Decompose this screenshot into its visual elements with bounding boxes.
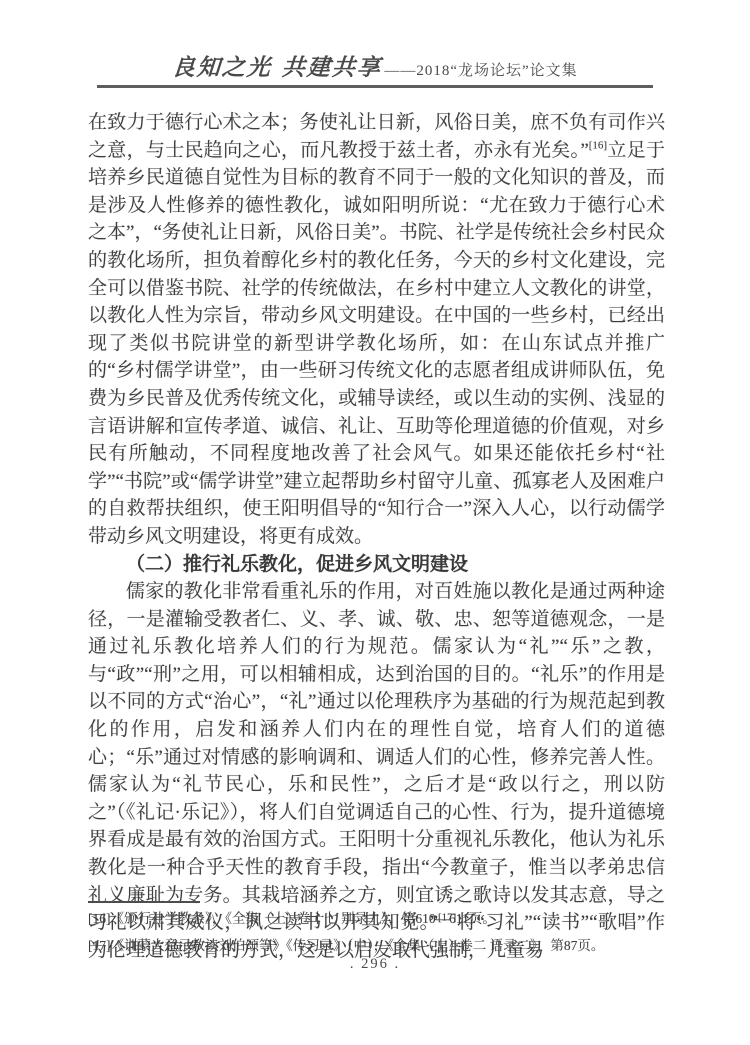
page-header: 良知之光 共建共享 ——2018“龙场论坛”论文集 bbox=[97, 54, 653, 88]
document-page: 良知之光 共建共享 ——2018“龙场论坛”论文集 在致力于德行心术之本；务使礼… bbox=[0, 0, 750, 1045]
paragraph-2-text-a: 儒家的教化非常看重礼乐的作用，对百姓施以教化是通过两种途径，一是灌输受教者仁、义… bbox=[88, 581, 665, 933]
footnotes: [16]《颁行社学教条》，《全集（上）·卷十七 别录九》，第610—611页。 … bbox=[88, 906, 678, 959]
paragraph-1-text-a: 在致力于德行心术之本；务使礼让日新，风俗日美，庶不负有司作兴之意，与士民趋向之心… bbox=[88, 112, 665, 161]
page-number: . 296 . bbox=[0, 956, 750, 973]
book-title-calligraphy: 良知之光 共建共享 bbox=[171, 49, 383, 82]
body-text: 在致力于德行心术之本；务使礼让日新，风俗日美，庶不负有司作兴之意，与士民趋向之心… bbox=[88, 109, 665, 964]
paragraph-1: 在致力于德行心术之本；务使礼让日新，风俗日美，庶不负有司作兴之意，与士民趋向之心… bbox=[88, 109, 665, 551]
paragraph-1-text-b: 立足于培养乡民道德自觉性为目标的教育不同于一般的文化知识的普及，而是涉及人性修养… bbox=[88, 140, 665, 547]
header-subtitle: ——2018“龙场论坛”论文集 bbox=[384, 59, 577, 82]
footnote-16: [16]《颁行社学教条》，《全集（上）·卷十七 别录九》，第610—611页。 bbox=[88, 906, 678, 933]
footnote-divider bbox=[88, 901, 200, 903]
section-heading: （二）推行礼乐教化，促进乡风文明建设 bbox=[88, 551, 665, 579]
footnote-ref-16: [16] bbox=[589, 139, 607, 151]
